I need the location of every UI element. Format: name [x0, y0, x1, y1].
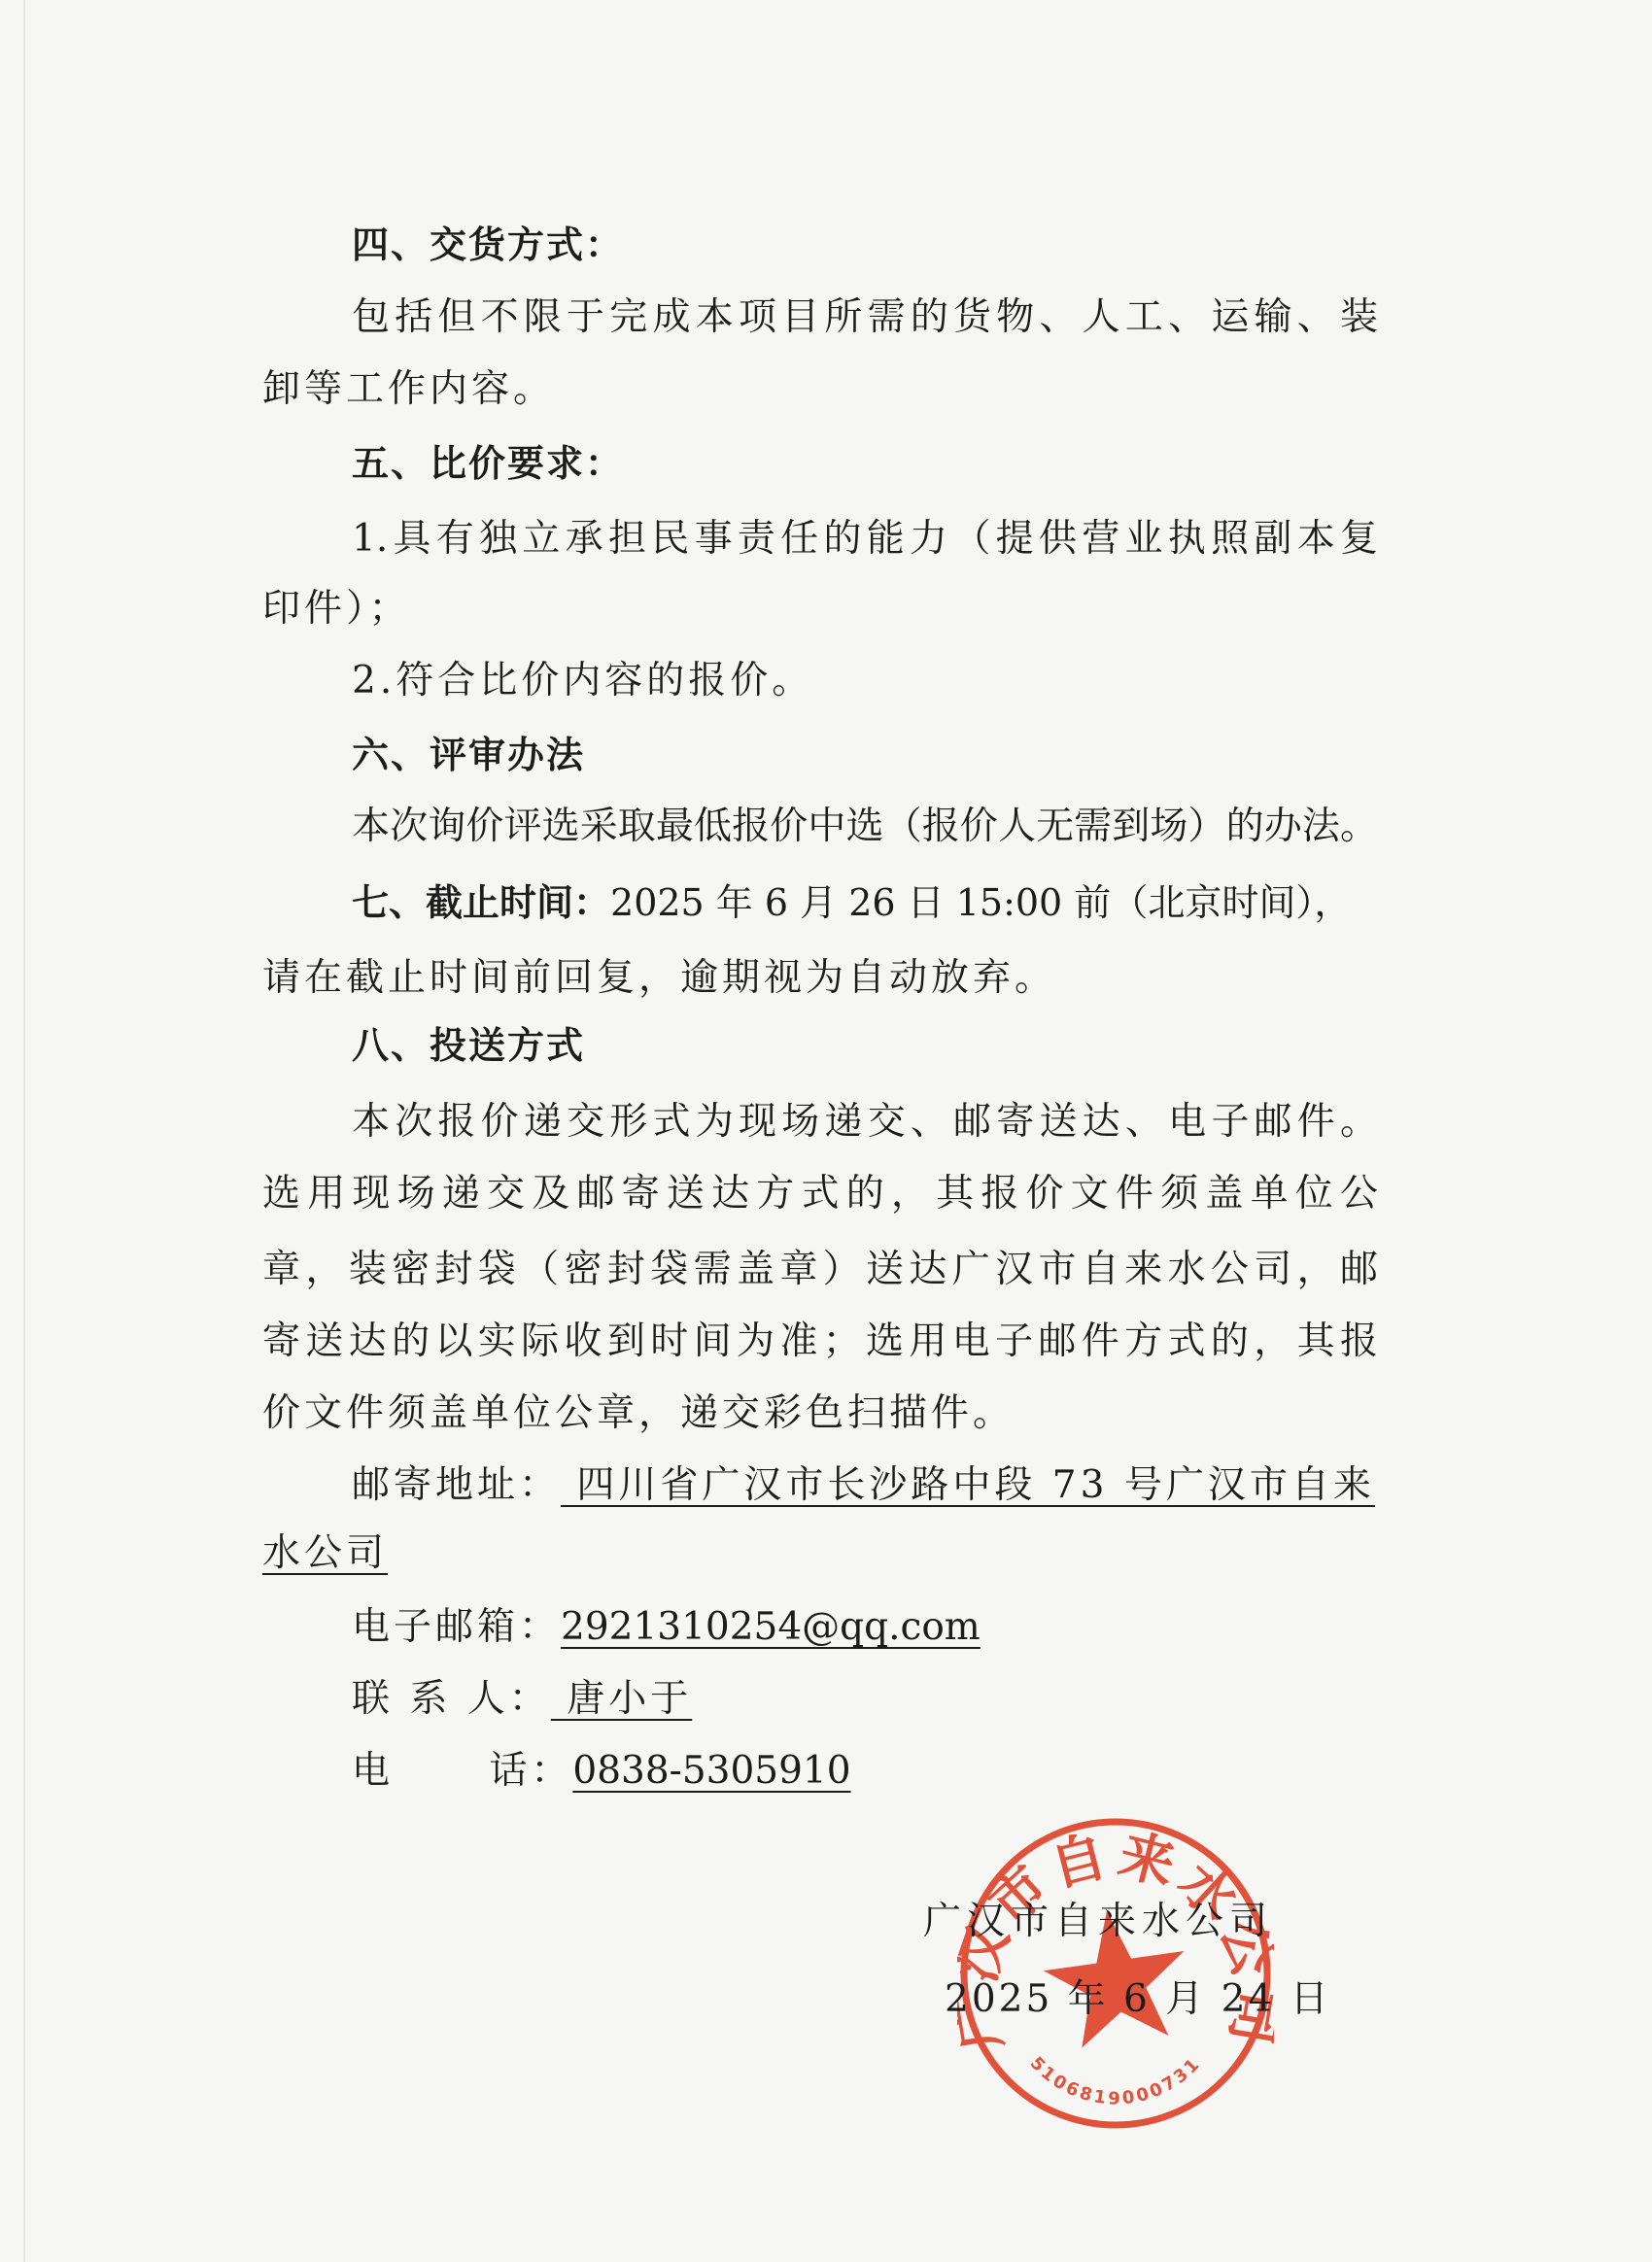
- deadline-value: 2025 年 6 月 26 日 15:00 前（北京时间），: [610, 881, 1351, 924]
- requirement-2: 2.符合比价内容的报价。: [352, 645, 1378, 717]
- address-line-2: 水公司: [262, 1518, 1378, 1590]
- phone-label: 电 话：: [352, 1735, 572, 1807]
- deadline-line: 七、截止时间：2025 年 6 月 26 日 15:00 前（北京时间），: [352, 867, 1378, 939]
- delivery-text-line-1: 包括但不限于完成本项目所需的货物、人工、运输、装: [352, 282, 1378, 354]
- heading-evaluation-method: 六、评审办法: [352, 719, 1378, 791]
- submission-line-1: 本次报价递交形式为现场递交、邮寄送达、电子邮件。: [352, 1086, 1378, 1158]
- document-page: 四、交货方式： 包括但不限于完成本项目所需的货物、人工、运输、装 卸等工作内容。…: [0, 0, 1652, 2262]
- delivery-text-line-2: 卸等工作内容。: [262, 354, 1378, 426]
- contact-person-line: 联 系 人： 唐小于: [352, 1663, 1378, 1735]
- signature-date: 2025 年 6 月 24 日: [945, 1971, 1331, 2029]
- phone-value: 0838-5305910: [572, 1749, 850, 1793]
- heading-price-requirements: 五、比价要求：: [352, 428, 1378, 499]
- requirement-1-line-1: 1.具有独立承担民事责任的能力（提供营业执照副本复: [352, 503, 1378, 575]
- deadline-continuation: 请在截止时间前回复，逾期视为自动放弃。: [262, 942, 1378, 1014]
- address-line: 邮寄地址： 四川省广汉市长沙路中段 73 号广汉市自来: [352, 1450, 1378, 1522]
- contact-person-value: 唐小于: [551, 1677, 692, 1721]
- heading-delivery-method: 四、交货方式：: [352, 209, 1378, 281]
- evaluation-text: 本次询价评选采取最低报价中选（报价人无需到场）的办法。: [352, 791, 1378, 863]
- address-value-continued: 水公司: [262, 1531, 388, 1575]
- address-value: 四川省广汉市长沙路中段 73 号广汉市自来: [561, 1463, 1375, 1507]
- submission-line-5: 价文件须盖单位公章，递交彩色扫描件。: [262, 1378, 1378, 1450]
- email-value[interactable]: 2921310254@qq.com: [561, 1605, 981, 1649]
- signature-company: 广汉市自来水公司: [923, 1893, 1273, 1951]
- heading-deadline: 七、截止时间：: [352, 881, 610, 924]
- seal-code: 5106819000731: [1026, 2053, 1206, 2108]
- svg-text:5106819000731: 5106819000731: [1026, 2053, 1206, 2108]
- email-label: 电子邮箱：: [352, 1592, 561, 1663]
- address-label: 邮寄地址：: [352, 1450, 561, 1522]
- contact-person-label: 联 系 人：: [352, 1663, 551, 1735]
- submission-line-4: 寄送达的以实际收到时间为准；选用电子邮件方式的，其报: [262, 1306, 1378, 1378]
- requirement-1-line-2: 印件）；: [262, 573, 1378, 645]
- heading-submission-method: 八、投送方式: [352, 1010, 1378, 1081]
- email-line: 电子邮箱：2921310254@qq.com: [352, 1592, 1378, 1663]
- phone-line: 电 话：0838-5305910: [352, 1735, 1378, 1807]
- submission-line-3: 章，装密封袋（密封袋需盖章）送达广汉市自来水公司，邮: [262, 1234, 1378, 1306]
- submission-line-2: 选用现场递交及邮寄送达方式的，其报价文件须盖单位公: [262, 1158, 1378, 1230]
